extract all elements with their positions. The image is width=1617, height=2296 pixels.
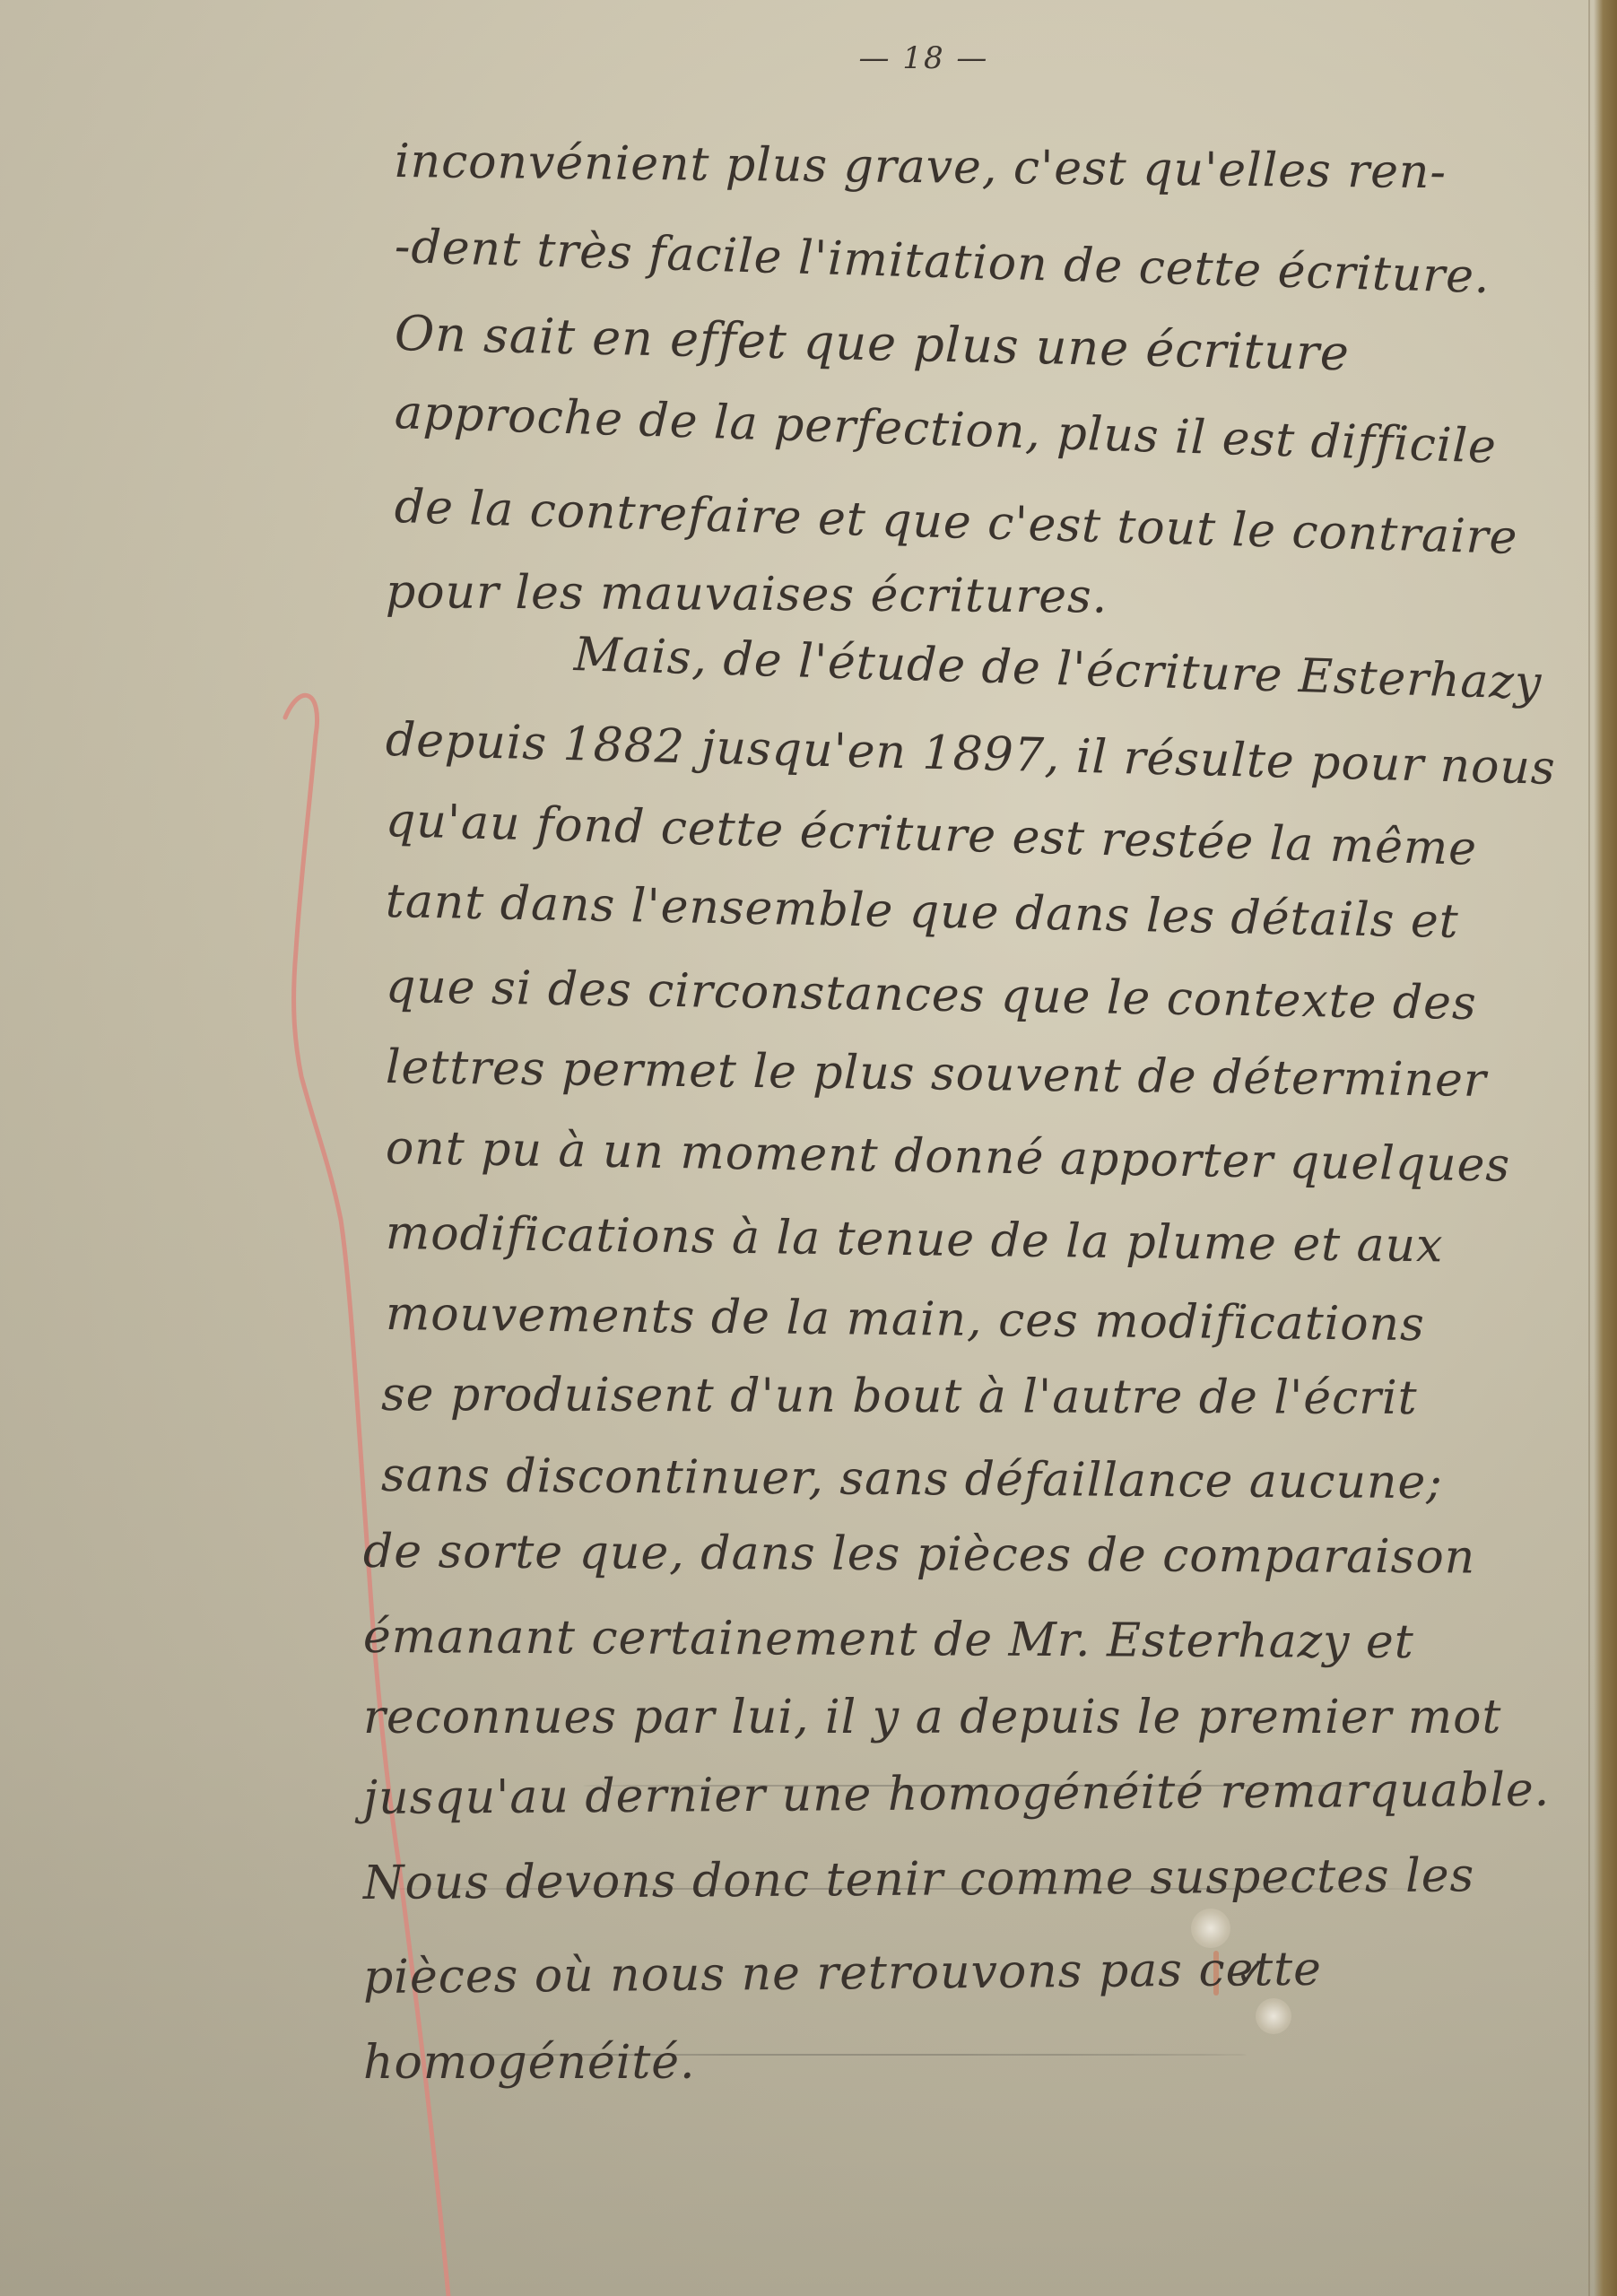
text-line-23: pièces où nous ne retrouvons pas cette [363, 1943, 1322, 2005]
text-line-1: inconvénient plus grave, c'est qu'elles … [395, 135, 1447, 199]
text-line-22: Nous devons donc tenir comme suspectes l… [363, 1848, 1475, 1910]
text-line-13: ont pu à un moment donné apporter quelqu… [386, 1121, 1511, 1193]
text-line-6: pour les mauvaises écritures. [386, 565, 1108, 624]
text-line-9: qu'au fond cette écriture est restée la … [385, 794, 1478, 876]
page-edge-line [1588, 0, 1590, 2296]
text-line-2: -dent très facile l'imitation de cette é… [394, 220, 1491, 304]
text-line-8: depuis 1882 jusqu'en 1897, il résulte po… [385, 713, 1556, 796]
page-number: — 18 — [856, 40, 991, 76]
text-line-10: tant dans l'ensemble que dans les détail… [385, 874, 1459, 949]
binding-edge [1594, 0, 1617, 2296]
text-line-11: que si des circonstances que le contexte… [386, 960, 1478, 1031]
manuscript-page: — 18 — inconvénient plus grave, c'est qu… [0, 0, 1617, 2296]
text-line-15: mouvements de la main, ces modifications [386, 1287, 1425, 1352]
text-line-19: émanant certainement de Mr. Esterhazy et [363, 1610, 1414, 1669]
text-line-16: se produisent d'un bout à l'autre de l'é… [381, 1368, 1418, 1425]
text-line-20: reconnues par lui, il y a depuis le prem… [363, 1691, 1501, 1744]
text-line-7-paragraph-start: Mais, de l'étude de l'écriture Esterhazy [573, 628, 1543, 710]
text-line-3: On sait en effet que plus une écriture [394, 305, 1350, 381]
text-line-21: jusqu'au dernier une homogénéité remarqu… [363, 1763, 1551, 1825]
text-line-4: approche de la perfection, plus il est d… [394, 386, 1498, 474]
text-line-5: de la contrefaire et que c'est tout le c… [394, 480, 1518, 565]
text-line-18: de sorte que, dans les pièces de compara… [363, 1525, 1476, 1584]
text-line-14: modifications à la tenue de la plume et … [386, 1206, 1444, 1273]
text-line-24: homogénéité. [363, 2036, 696, 2090]
paper-stain [1191, 1909, 1230, 1948]
text-line-17: sans discontinuer, sans défaillance aucu… [381, 1448, 1443, 1509]
paper-stain [1256, 1998, 1291, 2034]
text-line-12: lettres permet le plus souvent de déterm… [386, 1040, 1487, 1108]
